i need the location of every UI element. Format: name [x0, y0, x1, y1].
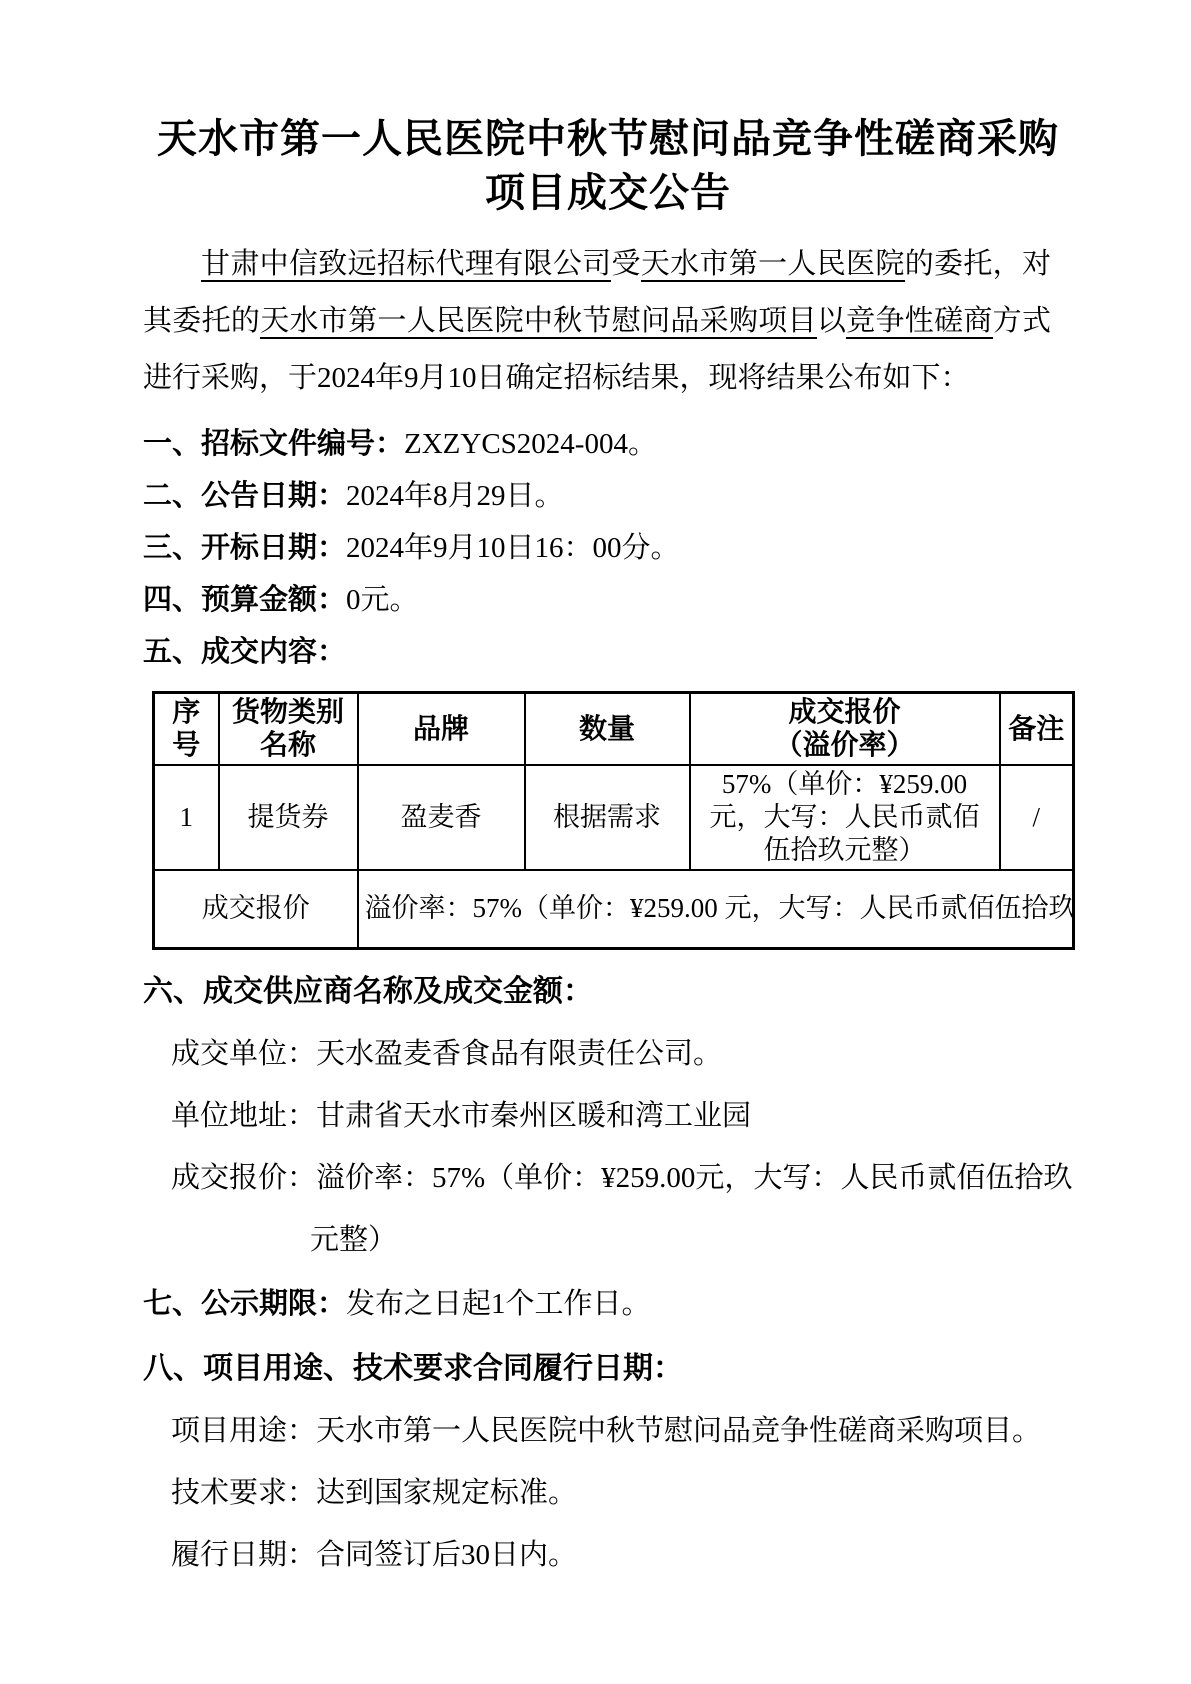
- cell-brand: 盈麦香: [358, 765, 525, 870]
- section-6-heading: 六、成交供应商名称及成交金额：: [143, 976, 1073, 1007]
- cell-seq: 1: [154, 765, 219, 870]
- cell-category: 提货券: [219, 765, 358, 870]
- table-row-1: 1 提货券 盈麦香 根据需求 57%（单价：¥259.00 元，大写：人民币贰佰…: [154, 765, 1074, 870]
- item-4-value: 0元。: [346, 584, 419, 616]
- cell-quote-value: 溢价率：57%（单价：¥259.00 元，大写：人民币贰佰伍拾玖元整）: [358, 870, 1074, 948]
- col-brand: 品牌: [358, 693, 525, 766]
- title-line-2: 项目成交公告: [143, 166, 1073, 220]
- col-price-line-1: 成交报价: [697, 696, 993, 729]
- item-1-value: ZXZYCS2024-004。: [404, 428, 657, 460]
- table-row-2: 成交报价 溢价率：57%（单价：¥259.00 元，大写：人民币贰佰伍拾玖元整）: [154, 870, 1074, 948]
- item-3-label: 三、开标日期：: [143, 532, 346, 564]
- document-content: 天水市第一人民医院中秋节慰问品竞争性磋商采购 项目成交公告 甘肃中信致远招标代理…: [0, 112, 1191, 1570]
- section-7-publicity-period: 七、公示期限：发布之日起1个工作日。: [143, 1289, 1073, 1319]
- title-line-1: 天水市第一人民医院中秋节慰问品竞争性磋商采购: [143, 112, 1073, 166]
- col-category: 货物类别名称: [219, 693, 358, 766]
- address-line: 单位地址：甘肃省天水市秦州区暖和湾工业园: [171, 1101, 1073, 1131]
- usage-line: 项目用途：天水市第一人民医院中秋节慰问品竞争性磋商采购项目。: [171, 1416, 1073, 1446]
- col-remark: 备注: [1000, 693, 1074, 766]
- col-price: 成交报价 （溢价率）: [690, 693, 1000, 766]
- quote-line: 成交报价：溢价率：57%（单价：¥259.00元，大写：人民币贰佰伍拾玖: [171, 1163, 1073, 1193]
- col-price-line-2: （溢价率）: [697, 729, 993, 762]
- supplier-line: 成交单位：天水盈麦香食品有限责任公司。: [171, 1039, 1073, 1069]
- deal-table: 序号 货物类别名称 品牌 数量 成交报价 （溢价率） 备注 1 提货券 盈麦香 …: [152, 691, 1075, 950]
- intro-segment-method: 竞争性磋商: [846, 305, 993, 339]
- item-3-value: 2024年9月10日16：00分。: [346, 532, 680, 564]
- delivery-line: 履行日期：合同签订后30日内。: [171, 1540, 1073, 1570]
- intro-paragraph: 甘肃中信致远招标代理有限公司受天水市第一人民医院的委托，对其委托的天水市第一人民…: [143, 236, 1051, 407]
- item-5-deal-content: 五、成交内容：: [143, 637, 1073, 667]
- quote-line-continuation: 元整）: [310, 1225, 1073, 1255]
- item-4-label: 四、预算金额：: [143, 584, 346, 616]
- intro-segment-project: 天水市第一人民医院中秋节慰问品采购项目: [260, 305, 817, 339]
- cell-quote-label: 成交报价: [154, 870, 358, 948]
- tech-line: 技术要求：达到国家规定标准。: [171, 1478, 1073, 1508]
- section-8-heading: 八、项目用途、技术要求合同履行日期：: [143, 1353, 1073, 1384]
- section-7-value: 发布之日起1个工作日。: [346, 1288, 651, 1320]
- table-header-row: 序号 货物类别名称 品牌 数量 成交报价 （溢价率） 备注: [154, 693, 1074, 766]
- col-seq: 序号: [154, 693, 219, 766]
- section-7-label: 七、公示期限：: [143, 1288, 346, 1320]
- cell-price: 57%（单价：¥259.00 元，大写：人民币贰佰伍拾玖元整）: [690, 765, 1000, 870]
- col-quantity: 数量: [525, 693, 690, 766]
- item-2-value: 2024年8月29日。: [346, 480, 564, 512]
- document-page: 天水市第一人民医院中秋节慰问品竞争性磋商采购 项目成交公告 甘肃中信致远招标代理…: [0, 0, 1191, 1684]
- item-5-label: 五、成交内容：: [143, 636, 346, 668]
- item-2-announce-date: 二、公告日期：2024年8月29日。: [143, 481, 1073, 511]
- intro-segment-hospital: 天水市第一人民医院: [641, 248, 905, 282]
- item-4-budget: 四、预算金额：0元。: [143, 585, 1073, 615]
- item-2-label: 二、公告日期：: [143, 480, 346, 512]
- document-title: 天水市第一人民医院中秋节慰问品竞争性磋商采购 项目成交公告: [143, 112, 1073, 220]
- cell-quantity: 根据需求: [525, 765, 690, 870]
- cell-remark: /: [1000, 765, 1074, 870]
- intro-segment: 以: [817, 305, 846, 337]
- item-1-doc-number: 一、招标文件编号：ZXZYCS2024-004。: [143, 429, 1073, 459]
- intro-segment-agency: 甘肃中信致远招标代理有限公司: [201, 248, 611, 282]
- intro-segment: 受: [611, 248, 640, 280]
- item-3-open-date: 三、开标日期：2024年9月10日16：00分。: [143, 533, 1073, 563]
- item-1-label: 一、招标文件编号：: [143, 428, 404, 460]
